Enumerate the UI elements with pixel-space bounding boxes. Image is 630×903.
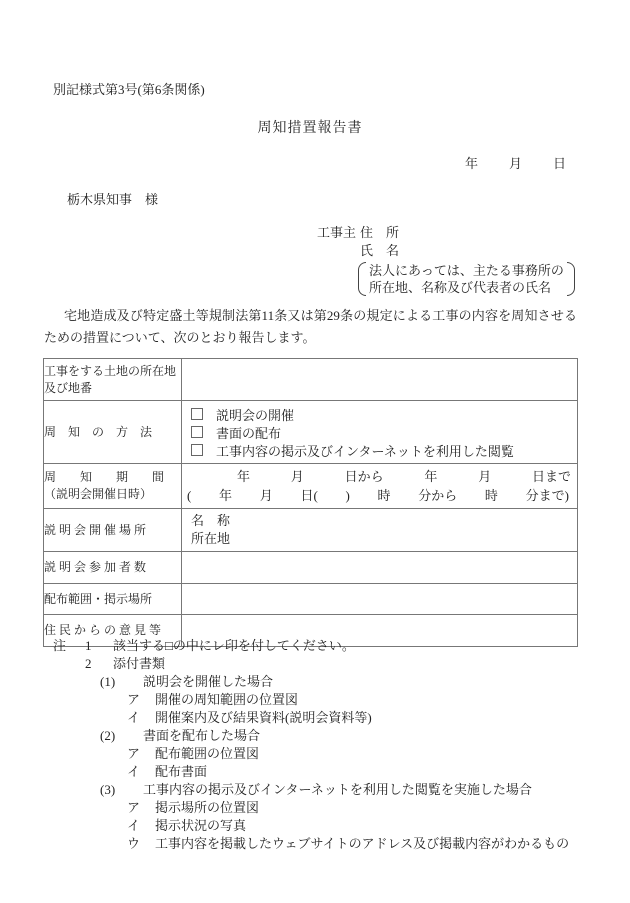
- period-label-line2: （説明会開催日時）: [44, 486, 181, 503]
- note-number: (1): [100, 673, 143, 691]
- note-number: ア: [127, 745, 155, 763]
- table-row: 配布範囲・掲示場所: [44, 584, 578, 615]
- venue-address-label: 所在地: [191, 530, 577, 548]
- applicant-role-label: 工事主: [317, 224, 356, 242]
- method-option-label: 書面の配布: [216, 423, 281, 442]
- table-row: 工事をする土地の所在地及び地番: [44, 359, 578, 401]
- note-line: ア 配布範囲の位置図: [127, 745, 569, 763]
- note-number: ア: [127, 691, 155, 709]
- note-number: ウ: [127, 835, 155, 853]
- venue-name-label: 名 称: [191, 512, 577, 530]
- note-line: イ 配布書面: [127, 763, 569, 781]
- note-text: 配布書面: [155, 763, 207, 781]
- period-range-line: 年 月 日から 年 月 日まで: [182, 467, 577, 486]
- date-line: 年 月 日: [465, 153, 566, 172]
- right-paren-bracket: [567, 262, 575, 296]
- month-label: 月: [509, 153, 522, 172]
- note-number: イ: [127, 817, 155, 835]
- method-option-label: 工事内容の掲示及びインターネットを利用した閲覧: [216, 441, 514, 460]
- checkbox-internet-icon[interactable]: [191, 444, 203, 456]
- method-option-label: 説明会の開催: [216, 405, 294, 424]
- checkbox-seminar-icon[interactable]: [191, 408, 203, 420]
- note-text: 工事内容を掲載したウェブサイトのアドレス及び掲載内容がわかるもの: [155, 835, 569, 853]
- note-line: ア 掲示場所の位置図: [127, 799, 569, 817]
- note-line: (1) 説明会を開催した場合: [100, 673, 569, 691]
- method-option: 説明会の開催: [191, 405, 577, 423]
- venue-label: 説 明 会 開 催 場 所: [44, 509, 182, 552]
- document-page: 別記様式第3号(第6条関係) 周知措置報告書 年 月 日 栃木県知事 様 工事主…: [0, 0, 630, 903]
- period-label: 周 知 期 間 （説明会開催日時）: [44, 464, 182, 509]
- note-line: (2) 書面を配布した場合: [100, 727, 569, 745]
- table-row: 周 知 期 間 （説明会開催日時） 年 月 日から 年 月 日まで ( 年 月 …: [44, 464, 578, 509]
- note-number: (3): [100, 781, 143, 799]
- site-value-cell: [182, 359, 578, 401]
- note-line: イ 掲示状況の写真: [127, 817, 569, 835]
- distribution-label: 配布範囲・掲示場所: [44, 584, 182, 615]
- note-number: イ: [127, 709, 155, 727]
- note-prefix: 注: [53, 637, 85, 655]
- year-label: 年: [465, 153, 478, 172]
- note-text: 書面を配布した場合: [143, 727, 260, 745]
- notes-section: 注 1 該当する□の中にレ印を付してください。 2 添付書類 (1) 説明会を開…: [53, 637, 569, 853]
- note-number: 2: [85, 655, 113, 673]
- checkbox-document-icon[interactable]: [191, 426, 203, 438]
- attendees-value-cell: [182, 552, 578, 584]
- note-number: ア: [127, 799, 155, 817]
- body-paragraph: 宅地造成及び特定盛土等規制法第11条又は第29条の規定による工事の内容を周知させ…: [44, 305, 577, 349]
- method-option: 書面の配布: [191, 423, 577, 441]
- site-label: 工事をする土地の所在地及び地番: [44, 359, 182, 401]
- page-title: 周知措置報告書: [0, 117, 620, 137]
- period-label-line1: 周 知 期 間: [44, 469, 181, 486]
- corp-note-line1: 法人にあっては、主たる事務所の: [369, 262, 564, 279]
- venue-value-cell: 名 称 所在地: [182, 509, 578, 552]
- note-text: 開催案内及び結果資料(説明会資料等): [155, 709, 372, 727]
- seminar-datetime-line: ( 年 月 日( ) 時 分から 時 分まで): [182, 486, 577, 505]
- note-line: 2 添付書類: [85, 655, 569, 673]
- corporation-note: 法人にあっては、主たる事務所の 所在地、名称及び代表者の氏名: [358, 262, 575, 296]
- form-id: 別記様式第3号(第6条関係): [53, 79, 205, 98]
- note-line: (3) 工事内容の掲示及びインターネットを利用した閲覧を実施した場合: [100, 781, 569, 799]
- note-line: イ 開催案内及び結果資料(説明会資料等): [127, 709, 569, 727]
- table-row: 説 明 会 開 催 場 所 名 称 所在地: [44, 509, 578, 552]
- report-table: 工事をする土地の所在地及び地番 周 知 の 方 法 説明会の開催 書面の配布: [43, 358, 578, 647]
- note-text: 掲示場所の位置図: [155, 799, 259, 817]
- method-option: 工事内容の掲示及びインターネットを利用した閲覧: [191, 441, 577, 459]
- note-number: 1: [85, 637, 113, 655]
- left-paren-bracket: [358, 262, 366, 296]
- table-row: 説 明 会 参 加 者 数: [44, 552, 578, 584]
- note-text: 配布範囲の位置図: [155, 745, 259, 763]
- note-text: 工事内容の掲示及びインターネットを利用した閲覧を実施した場合: [143, 781, 532, 799]
- applicant-address-line: 工事主 住 所: [317, 224, 575, 242]
- note-text: 該当する□の中にレ印を付してください。: [113, 637, 355, 655]
- table-row: 周 知 の 方 法 説明会の開催 書面の配布 工事内容の掲示及びインターネットを…: [44, 401, 578, 464]
- method-value-cell: 説明会の開催 書面の配布 工事内容の掲示及びインターネットを利用した閲覧: [182, 401, 578, 464]
- distribution-value-cell: [182, 584, 578, 615]
- day-label: 日: [553, 153, 566, 172]
- note-text: 説明会を開催した場合: [143, 673, 273, 691]
- note-text: 掲示状況の写真: [155, 817, 246, 835]
- applicant-block: 工事主 住 所 氏 名 法人にあっては、主たる事務所の 所在地、名称及び代表者の…: [317, 224, 575, 296]
- note-number: イ: [127, 763, 155, 781]
- applicant-name-label: 氏 名: [360, 242, 575, 260]
- note-line: 注 1 該当する□の中にレ印を付してください。: [53, 637, 569, 655]
- note-line: ウ 工事内容を掲載したウェブサイトのアドレス及び掲載内容がわかるもの: [127, 835, 569, 853]
- attendees-label: 説 明 会 参 加 者 数: [44, 552, 182, 584]
- addressee: 栃木県知事 様: [67, 189, 158, 208]
- note-number: (2): [100, 727, 143, 745]
- applicant-address-label: 住 所: [360, 224, 399, 242]
- note-text: 添付書類: [113, 655, 165, 673]
- corp-note-line2: 所在地、名称及び代表者の氏名: [369, 279, 564, 296]
- note-text: 開催の周知範囲の位置図: [155, 691, 298, 709]
- note-line: ア 開催の周知範囲の位置図: [127, 691, 569, 709]
- period-value-cell: 年 月 日から 年 月 日まで ( 年 月 日( ) 時 分から 時 分まで): [182, 464, 578, 509]
- method-label: 周 知 の 方 法: [44, 401, 182, 464]
